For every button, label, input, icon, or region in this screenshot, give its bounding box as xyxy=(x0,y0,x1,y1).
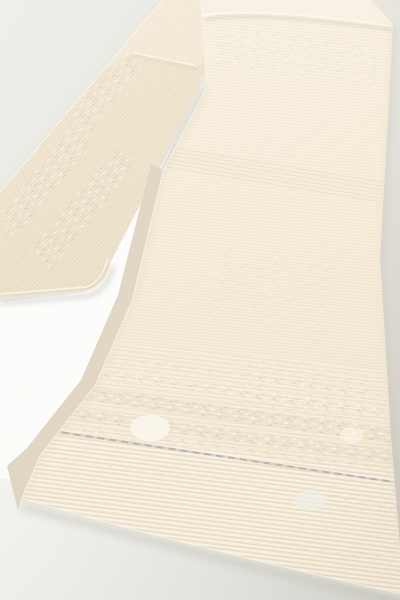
photo-obi-fabric xyxy=(0,0,400,600)
film-grain-overlay xyxy=(0,0,400,600)
photo-canvas xyxy=(0,0,400,600)
